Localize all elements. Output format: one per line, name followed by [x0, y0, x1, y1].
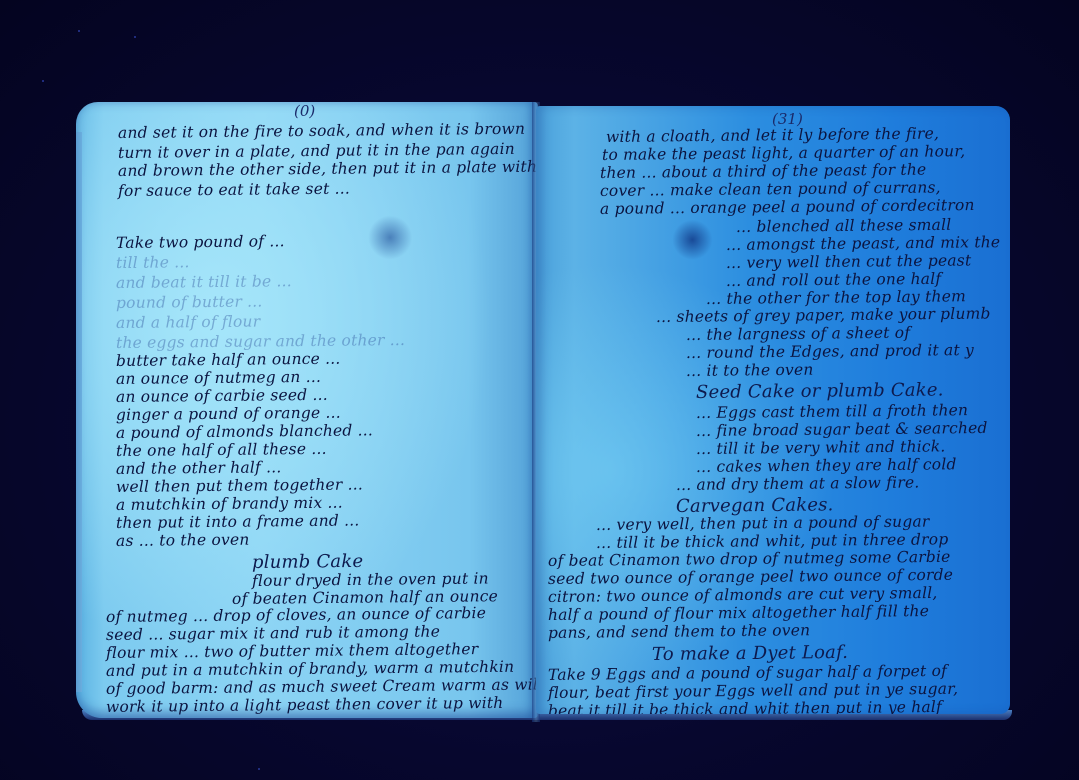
text-line: Take two pound of ...	[116, 232, 285, 252]
right-page: (31) with a cloath, and let it ly before…	[536, 106, 1010, 714]
page-number-left: (0)	[294, 102, 315, 120]
left-page: (0) and set it on the fire to soak, and …	[76, 102, 538, 718]
text-line: and set it on the fire to soak, and when…	[118, 120, 525, 142]
text-line: and brown the other side, then put it in…	[118, 158, 537, 180]
text-line: pound of butter ...	[116, 292, 263, 312]
text-line: then put it into a frame and ...	[116, 511, 360, 532]
text-line: and the other half ...	[116, 458, 282, 478]
text-line: and a half of flour	[116, 312, 260, 332]
text-line: an ounce of carbie seed ...	[116, 386, 328, 406]
text-line: the one half of all these ...	[116, 440, 327, 460]
text-line: a pound ... orange peel a pound of corde…	[600, 196, 975, 218]
text-line: half a pound of flour mix altogether hal…	[548, 602, 929, 624]
recipe-heading: To make a Dyet Loaf.	[652, 642, 848, 665]
text-line: a mutchkin of brandy mix ...	[116, 494, 343, 514]
text-line: work it up into a light peast then cover…	[106, 694, 504, 716]
dust-speck	[134, 36, 136, 38]
text-line: ... and dry them at a slow fire.	[676, 473, 920, 494]
text-line: ... it to the oven	[686, 361, 814, 380]
text-line: butter take half an ounce ...	[116, 350, 341, 370]
open-manuscript-book: (0) and set it on the fire to soak, and …	[62, 96, 1022, 726]
text-line: pans, and send them to the oven	[548, 621, 810, 642]
text-line: for sauce to eat it take set ...	[118, 180, 350, 200]
text-line: a pound of almonds blanched ...	[116, 421, 373, 442]
recipe-heading: plumb Cake	[252, 551, 363, 573]
text-line: till the ...	[116, 253, 190, 272]
text-line: the eggs and sugar and the other ...	[116, 331, 405, 352]
text-line: as ... to the oven	[116, 531, 250, 550]
text-line: an ounce of nutmeg an ...	[116, 368, 321, 388]
text-line: ... sheets of grey paper, make your plum…	[656, 304, 991, 326]
recipe-heading: Seed Cake or plumb Cake.	[696, 379, 944, 403]
dust-speck	[78, 30, 80, 32]
text-line: ginger a pound of orange ...	[116, 404, 341, 424]
dust-speck	[42, 80, 44, 82]
text-line: ... blenched all these small	[736, 216, 952, 236]
text-line: and beat it till it be ...	[116, 272, 292, 292]
text-line: ... round the Edges, and prod it at y	[686, 341, 974, 362]
dust-speck	[258, 768, 260, 770]
text-line: ... the largness of a sheet of	[686, 324, 910, 344]
